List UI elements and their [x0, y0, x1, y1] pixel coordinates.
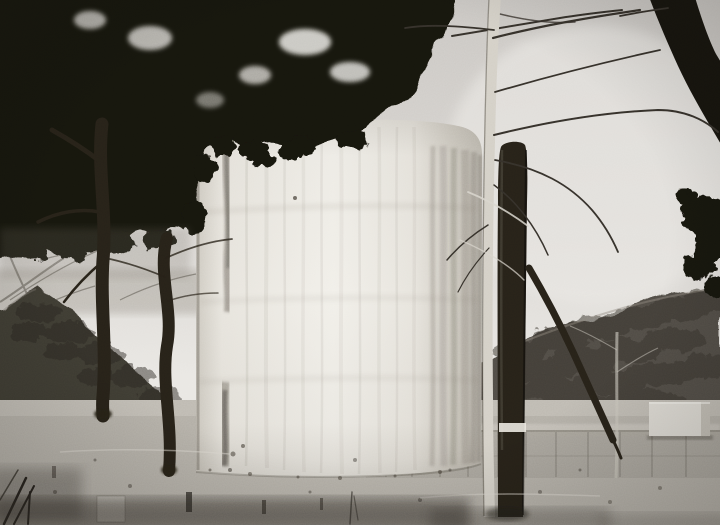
photograph — [0, 0, 720, 525]
vignette — [0, 0, 720, 525]
photo-canvas — [0, 0, 720, 525]
